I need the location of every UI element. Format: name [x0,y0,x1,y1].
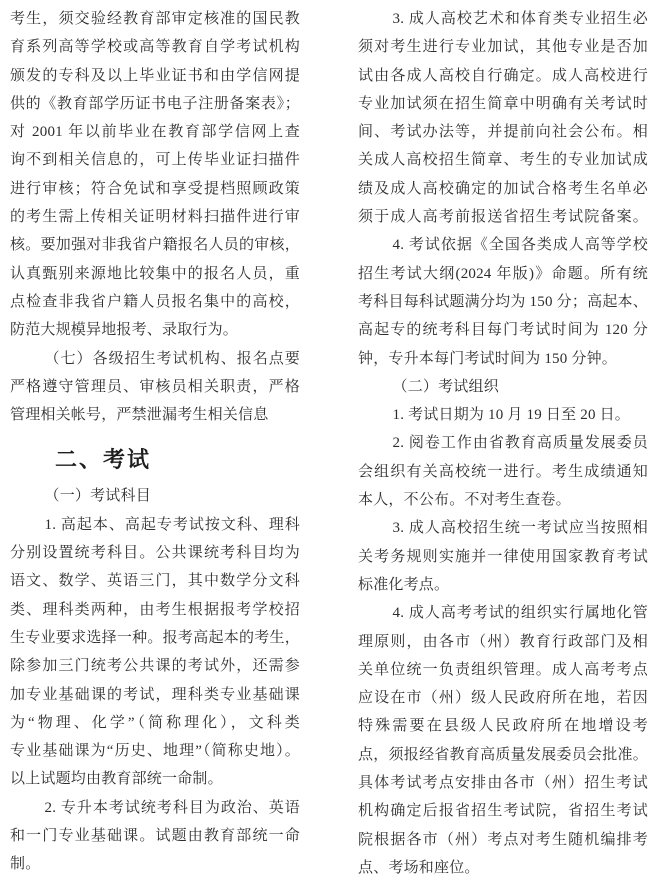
text-line: 绩及成人高校确定的加试合格考生名单必 [358,175,648,203]
text-line: 关成人高校招生简章、考生的专业加试成 [358,146,648,174]
text-line: 制。 [10,850,300,878]
text-line: 1. 考试日期为 10 月 19 日至 20 日。 [358,401,648,429]
text-line: （二）考试组织 [358,373,648,401]
text-line: 具体考试考点安排由各市（州）招生考试 [358,769,648,797]
text-line: 分别设置统考科目。公共课统考科目均为 [10,539,300,567]
text-line: 对 2001 年以前毕业在教育部学信网上查 [10,118,300,146]
text-line: 颁发的专科及以上毕业证书和由学信网提 [10,62,300,90]
text-line: 2. 阅卷工作由省教育高质量发展委员 [358,429,648,457]
text-line: 3. 成人高校招生统一考试应当按照相 [358,514,648,542]
text-line: 招生考试大纲(2024 年版)》命题。所有统 [358,260,648,288]
text-line: 专业加试须在招生简章中明确有关考试时 [358,90,648,118]
text-line: 考生，须交验经教育部审定核准的国民教 [10,5,300,33]
text-line: 机构确定后报省招生考试院，省招生考试 [358,797,648,825]
text-line: 生专业要求选择一种。报考高起本的考生， [10,624,300,652]
text-line: 语文、数学、英语三门，其中数学分文科 [10,567,300,595]
text-line: 进行审核；符合免试和享受提档照顾政策 [10,175,300,203]
text-line: （一）考试科目 [10,482,300,510]
text-line: 认真甄别来源地比较集中的报名人员，重 [10,260,300,288]
text-line: 的考生需上传相关证明材料扫描件进行审 [10,203,300,231]
text-line: 2. 专升本考试统考科目为政治、英语 [10,794,300,822]
text-line: （七）各级招生考试机构、报名点要 [10,345,300,373]
section-heading: 二、考试 [10,444,300,476]
text-line: 4. 成人高考考试的组织实行属地化管 [358,599,648,627]
text-line: 标准化考点。 [358,571,648,599]
text-line: 严格遵守管理员、审核员相关职责，严格 [10,373,300,401]
text-line: 点检查非我省户籍人员报名集中的高校， [10,288,300,316]
text-line: 育系列高等学校或高等教育自学考试机构 [10,33,300,61]
text-line: 理原则，由各市（州）教育行政部门及相 [358,628,648,656]
text-line: 4. 考试依据《全国各类成人高等学校 [358,231,648,259]
text-line: 管理相关帐号，严禁泄漏考生相关信息 [10,401,300,429]
text-line: 供的《教育部学历证书电子注册备案表》； [10,90,300,118]
text-line: 钟，专升本每门考试时间为 150 分钟。 [358,345,648,373]
text-line: 为“物理、化学”（简称理化），文科类 [10,709,300,737]
text-line: 间、考试办法等，并提前向社会公布。相 [358,118,648,146]
text-line: 核。要加强对非我省户籍报名人员的审核， [10,231,300,259]
text-line: 关考务规则实施并一律使用国家教育考试 [358,543,648,571]
text-line: 询不到相关信息的，可上传毕业证扫描件 [10,146,300,174]
text-line: 试由各成人高校自行确定。成人高校进行 [358,62,648,90]
text-line: 类、理科类两种，由考生根据报考学校招 [10,596,300,624]
text-line: 会组织有关高校统一进行。考生成绩通知 [358,458,648,486]
text-line: 高起专的统考科目每门考试时间为 120 分 [358,316,648,344]
text-line: 专业基础课为“历史、地理”（简称史地）。 [10,737,300,765]
text-line: 院根据各市（州）考点对考生随机编排考 [358,826,648,854]
text-line: 防范大规模异地报考、录取行为。 [10,316,300,344]
text-line: 1. 高起本、高起专考试按文科、理科 [10,511,300,539]
text-line: 3. 成人高校艺术和体育类专业招生必 [358,5,648,33]
text-line: 以上试题均由教育部统一命制。 [10,765,300,793]
text-line: 特殊需要在县级人民政府所在地增设考 [358,712,648,740]
text-line: 须对考生进行专业加试，其他专业是否加 [358,33,648,61]
document-page: 考生，须交验经教育部审定核准的国民教育系列高等学校或高等教育自学考试机构颁发的专… [0,0,657,884]
right-text-column: 3. 成人高校艺术和体育类专业招生必须对考生进行专业加试，其他专业是否加试由各成… [358,5,648,882]
text-line: 考科目每科试题满分均为 150 分；高起本、 [358,288,648,316]
text-line: 点、考场和座位。 [358,854,648,882]
text-line: 和一门专业基础课。试题由教育部统一命 [10,822,300,850]
text-line: 除参加三门统考公共课的考试外，还需参 [10,652,300,680]
text-line: 加专业基础课的考试，理科类专业基础课 [10,681,300,709]
text-line: 须于成人高考前报送省招生考试院备案。 [358,203,648,231]
text-line: 点，须报经省教育高质量发展委员会批准。 [358,741,648,769]
left-text-column: 考生，须交验经教育部审定核准的国民教育系列高等学校或高等教育自学考试机构颁发的专… [10,5,300,879]
text-line: 应设在市（州）级人民政府所在地，若因 [358,684,648,712]
text-line: 本人，不公布。不对考生查卷。 [358,486,648,514]
text-line: 关单位统一负责组织管理。成人高考考点 [358,656,648,684]
